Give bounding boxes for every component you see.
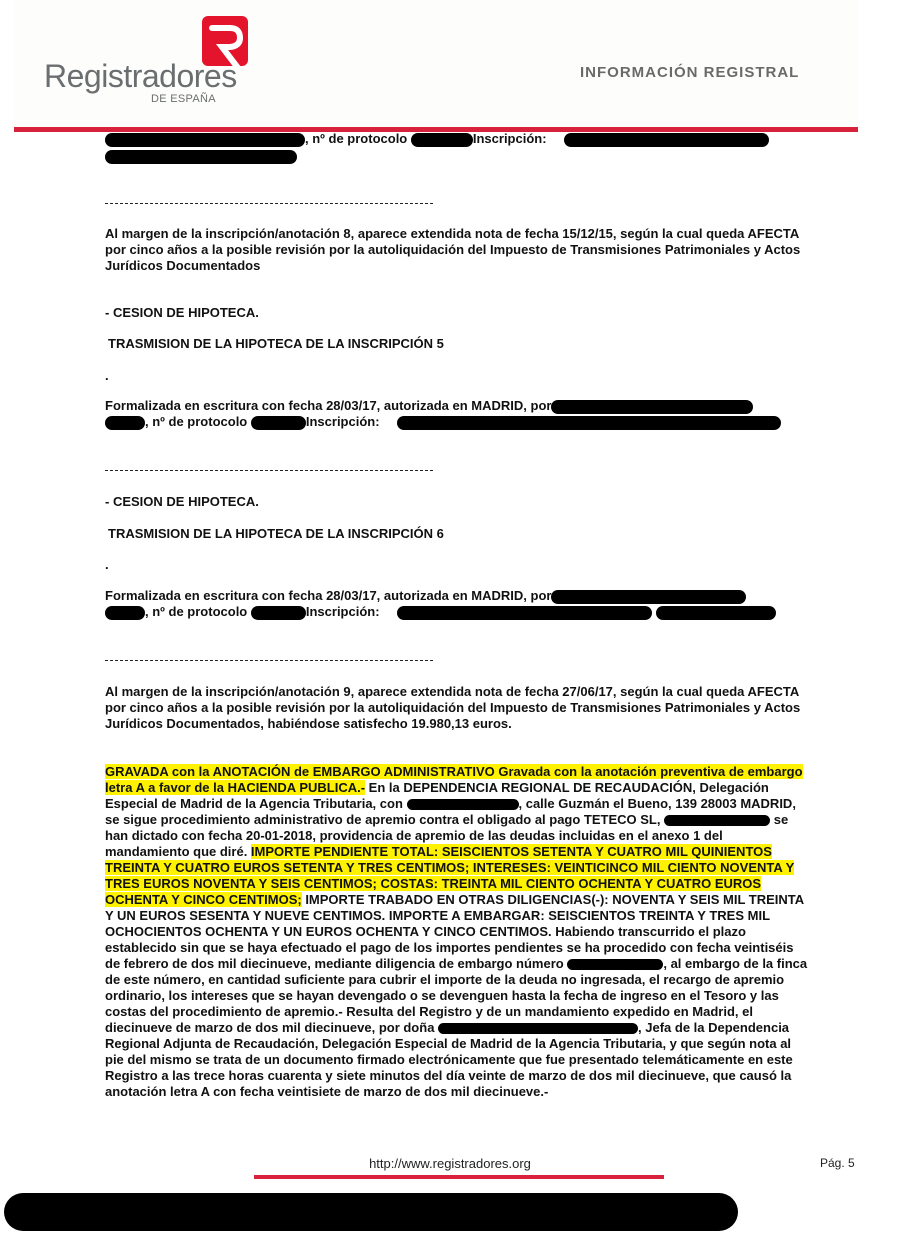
dot: .	[105, 368, 109, 383]
separator	[105, 203, 433, 204]
note-anotacion-8: Al margen de la inscripción/anotación 8,…	[105, 226, 805, 274]
cesion-title-1: - CESION DE HIPOTECA.	[105, 305, 259, 320]
logo-subtext: DE ESPAÑA	[151, 93, 216, 105]
separator	[105, 470, 433, 471]
cesion-title-2: - CESION DE HIPOTECA.	[105, 494, 259, 509]
redaction	[411, 133, 473, 147]
formalizada-line-1: Formalizada en escritura con fecha 28/03…	[105, 398, 753, 414]
protocol-line: , nº de protocolo Inscripción:	[105, 131, 769, 147]
redacted-line	[105, 148, 297, 164]
footer-url[interactable]: http://www.registradores.org	[0, 1156, 900, 1171]
header-title: INFORMACIÓN REGISTRAL	[580, 64, 799, 81]
cesion-subtitle-1: TRASMISION DE LA HIPOTECA DE LA INSCRIPC…	[108, 336, 444, 351]
embargo-paragraph: GRAVADA con la ANOTACIÓN de EMBARGO ADMI…	[105, 764, 810, 1100]
footer-rule	[254, 1175, 664, 1179]
formalizada-line-2: Formalizada en escritura con fecha 28/03…	[105, 588, 746, 604]
dot: .	[105, 557, 109, 572]
cesion-subtitle-2: TRASMISION DE LA HIPOTECA DE LA INSCRIPC…	[108, 526, 444, 541]
note-anotacion-9: Al margen de la inscripción/anotación 9,…	[105, 684, 805, 732]
protocol-line-1: , nº de protocolo Inscripción:	[105, 414, 781, 430]
redaction-bar	[4, 1193, 738, 1231]
protocol-line-2: , nº de protocolo Inscripción:	[105, 604, 776, 620]
separator	[105, 660, 433, 661]
page-number: Pág. 5	[820, 1156, 855, 1170]
logo-text: Registradores	[44, 58, 237, 95]
redaction	[105, 133, 305, 147]
redaction	[564, 133, 769, 147]
